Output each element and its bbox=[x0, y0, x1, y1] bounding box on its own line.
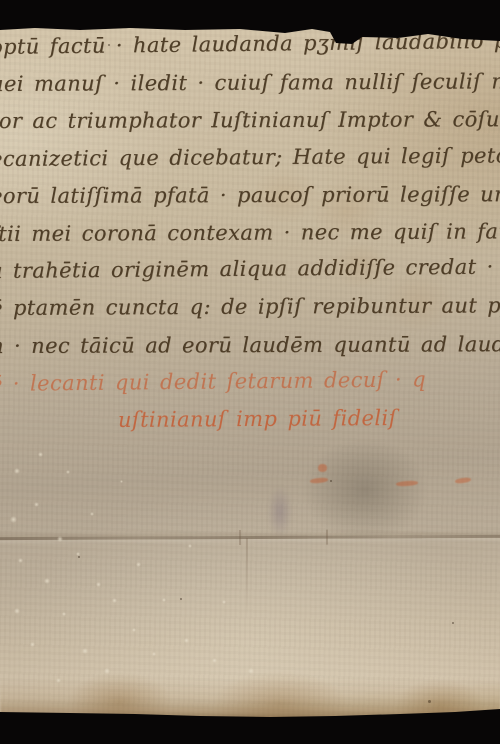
parchment-speckle bbox=[162, 598, 166, 602]
parchment-speckle bbox=[10, 516, 17, 523]
rubric-line: uſtinianuſ imp piū fideliſ bbox=[118, 404, 500, 433]
manuscript-line: a trahētia originēm aliqua addidiſſe cre… bbox=[0, 253, 500, 284]
parchment-speckle bbox=[90, 512, 94, 516]
manuscript-line: ęcanizetici que dicebatur; Hate qui legi… bbox=[0, 142, 500, 172]
parchment-speckle bbox=[30, 642, 35, 647]
manuscript-line: eorū latiſſimā pfatā · paucoſ priorū leg… bbox=[0, 181, 500, 209]
manuscript-line: tor ac triumphator Iuſtinianuſ Imptor & … bbox=[0, 106, 500, 134]
rubric-remnant bbox=[396, 480, 418, 487]
dark-fleck bbox=[78, 556, 80, 558]
rubric-remnant bbox=[310, 477, 328, 484]
photo-frame: optū factū · hate laudanda pʒmiſ laudabi… bbox=[0, 0, 500, 744]
parchment-speckle bbox=[152, 652, 156, 656]
parchment-speckle bbox=[66, 470, 70, 474]
dark-fleck bbox=[330, 480, 332, 482]
manuscript-line: optū factū · hate laudanda pʒmiſ laudabi… bbox=[0, 28, 500, 60]
dark-fleck bbox=[452, 622, 454, 624]
parchment-speckle bbox=[44, 578, 50, 584]
parchment-fragment: optū factū · hate laudanda pʒmiſ laudabi… bbox=[0, 0, 500, 744]
parchment-speckle bbox=[222, 600, 226, 604]
rubric-remnant bbox=[318, 464, 327, 472]
parchment-speckle bbox=[18, 558, 23, 563]
parchment-speckle bbox=[82, 648, 88, 654]
parchment-speckle bbox=[120, 480, 123, 483]
purple-smudge-stain bbox=[268, 486, 292, 538]
dark-fleck bbox=[180, 598, 182, 600]
parchment-speckle bbox=[132, 628, 136, 632]
dark-fleck bbox=[108, 44, 110, 46]
parchment-speckle bbox=[104, 668, 110, 674]
parchment-speckle bbox=[188, 544, 192, 548]
parchment-speckle bbox=[14, 468, 20, 474]
parchment-speckle bbox=[57, 536, 63, 542]
manuscript-line: ē ptamēn cuncta q: de ipſiſ repibuntur a… bbox=[0, 292, 500, 321]
parchment-speckle bbox=[14, 608, 20, 614]
parchment-speckle bbox=[62, 612, 66, 616]
parchment-speckle bbox=[34, 502, 39, 507]
parchment-speckle bbox=[136, 562, 141, 567]
parchment-speckle bbox=[96, 582, 101, 587]
parchment-speckle bbox=[248, 668, 254, 674]
rubric-remnant bbox=[455, 477, 472, 484]
fold-crease bbox=[0, 535, 500, 540]
manuscript-line: uei manuſ · iledit · cuiuſ fama nulliſ ſ… bbox=[0, 68, 500, 97]
manuscript-line: n · nec tāicū ad eorū laudēm quantū ad l… bbox=[0, 331, 500, 359]
parchment-speckle bbox=[184, 638, 189, 643]
dark-fleck bbox=[300, 348, 302, 350]
parchment-speckle bbox=[112, 598, 117, 603]
manuscript-line: ſtii mei coronā contexam · nec me quiſ i… bbox=[0, 218, 500, 247]
rubric-line: ē · lecanti qui dedit ſetarum decuſ · q bbox=[0, 366, 500, 397]
bottom-edge-staining bbox=[0, 678, 500, 720]
parchment-speckle bbox=[38, 452, 43, 457]
vertical-crease bbox=[246, 538, 248, 616]
parchment-speckle bbox=[212, 658, 217, 663]
